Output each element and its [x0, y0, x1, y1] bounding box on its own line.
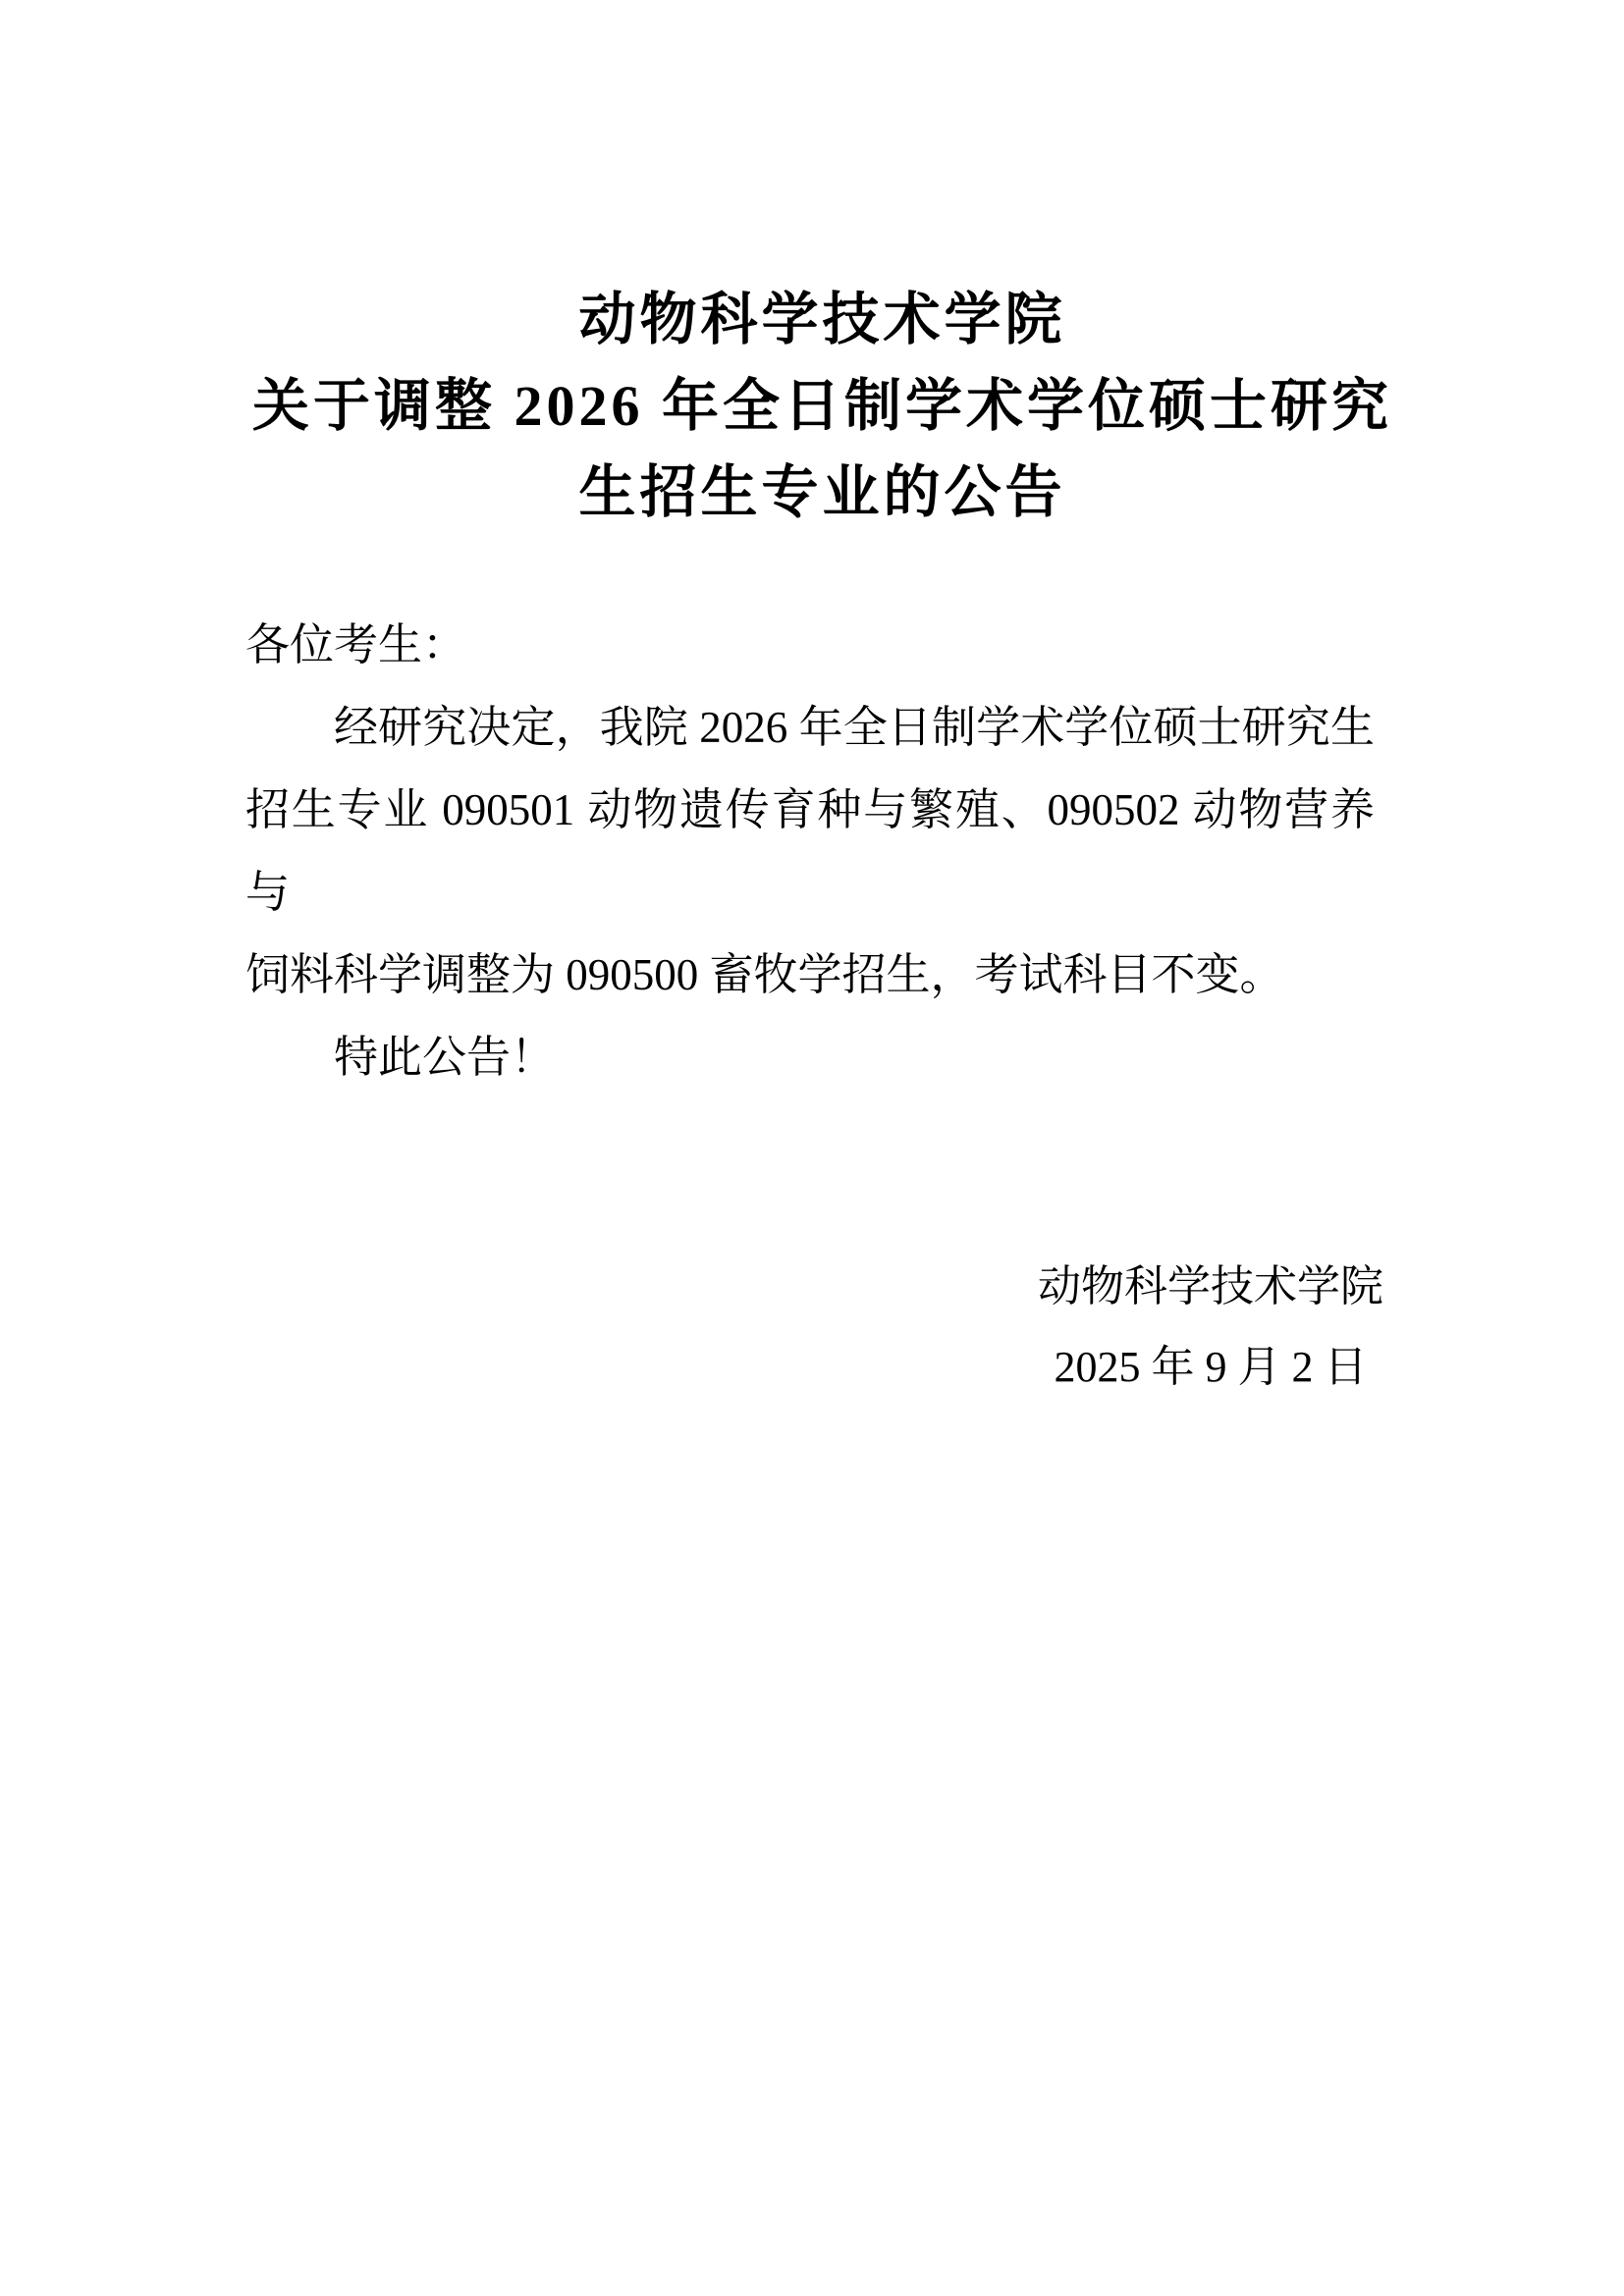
document-title: 动物科学技术学院 关于调整 2026 年全日制学术学位硕士研究 生招生专业的公告	[245, 277, 1399, 536]
paragraph-line-1: 经研究决定，我院 2026 年全日制学术学位硕士研究生	[245, 686, 1375, 769]
signature-block: 动物科学技术学院 2025 年 9 月 2 日	[916, 1247, 1505, 1408]
signature-date: 2025 年 9 月 2 日	[916, 1327, 1505, 1408]
paragraph-line-3: 饲料科学调整为 090500 畜牧学招生，考试科目不变。	[245, 934, 1375, 1016]
document-page: 动物科学技术学院 关于调整 2026 年全日制学术学位硕士研究 生招生专业的公告…	[0, 0, 1624, 2296]
title-line-1: 动物科学技术学院	[245, 277, 1399, 363]
title-line-2: 关于调整 2026 年全日制学术学位硕士研究	[245, 363, 1399, 450]
title-line-3: 生招生专业的公告	[245, 450, 1399, 536]
salutation: 各位考生：	[245, 604, 1375, 686]
signature-org: 动物科学技术学院	[916, 1247, 1505, 1327]
paragraph-line-2: 招生专业 090501 动物遗传育种与繁殖、090502 动物营养与	[245, 769, 1375, 934]
document-body: 各位考生： 经研究决定，我院 2026 年全日制学术学位硕士研究生 招生专业 0…	[245, 604, 1375, 1098]
closing-statement: 特此公告！	[245, 1016, 1375, 1098]
